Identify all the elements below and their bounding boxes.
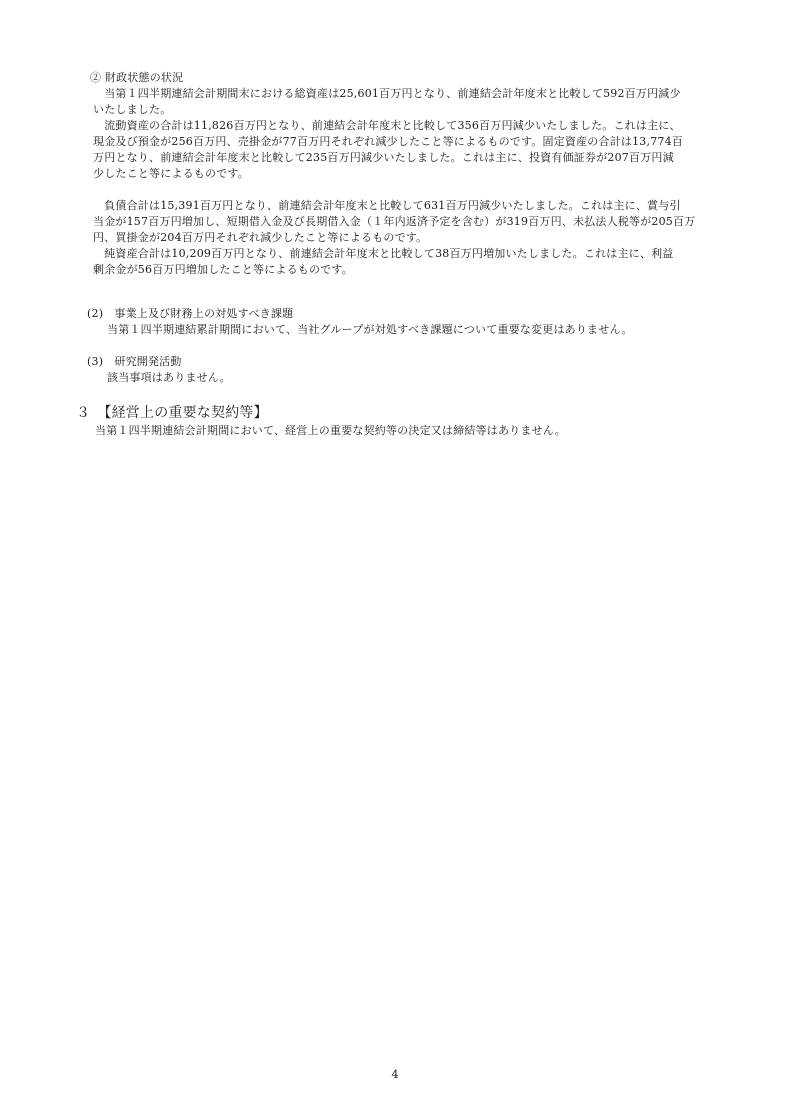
paragraph-line: 現金及び預金が256百万円、売掛金が77百万円それぞれ減少したこと等によるもので… — [93, 134, 683, 150]
subsection-heading-financial-position: ② 財政状態の状況 — [90, 70, 183, 86]
subsection-heading-issues: (2) 事業上及び財務上の対処すべき課題 — [87, 306, 293, 322]
paragraph-line: 純資産合計は10,209百万円となり、前連結会計年度末と比較して38百万円増加い… — [93, 246, 673, 262]
paragraph-line: 流動資産の合計は11,826百万円となり、前連結会計年度末と比較して356百万円… — [93, 118, 681, 134]
paragraph-line: いたしました。 — [93, 102, 171, 118]
paragraph-line: 該当事項はありません。 — [107, 370, 231, 386]
page-number: 4 — [0, 1068, 790, 1081]
paragraph-line: 円、買掛金が204百万円それぞれ減少したこと等によるものです。 — [93, 230, 427, 246]
paragraph-line: 剰余金が56百万円増加したこと等によるものです。 — [93, 262, 353, 278]
paragraph-line: 当第１四半期連結会計期間末における総資産は25,601百万円となり、前連結会計年… — [93, 86, 681, 102]
paragraph-line: 負債合計は15,391百万円となり、前連結会計年度末と比較して631百万円減少い… — [93, 198, 681, 214]
paragraph-line: 当金が157百万円増加し、短期借入金及び長期借入金（１年内返済予定を含む）が31… — [93, 214, 695, 230]
section-heading-contracts: ３ 【経営上の重要な契約等】 — [76, 404, 268, 422]
paragraph-line: 当第１四半期連結累計期間において、当社グループが対処すべき課題について重要な変更… — [107, 322, 633, 338]
paragraph-line: 少したこと等によるものです。 — [93, 166, 249, 182]
paragraph-line: 万円となり、前連結会計年度末と比較して235百万円減少いたしました。これは主に、… — [93, 150, 674, 166]
document-page: ② 財政状態の状況 当第１四半期連結会計期間末における総資産は25,601百万円… — [0, 0, 790, 1118]
paragraph-line: 当第１四半期連結会計期間において、経営上の重要な契約等の決定又は締結等はありませ… — [95, 423, 566, 439]
subsection-heading-rnd: (3) 研究開発活動 — [87, 354, 182, 370]
